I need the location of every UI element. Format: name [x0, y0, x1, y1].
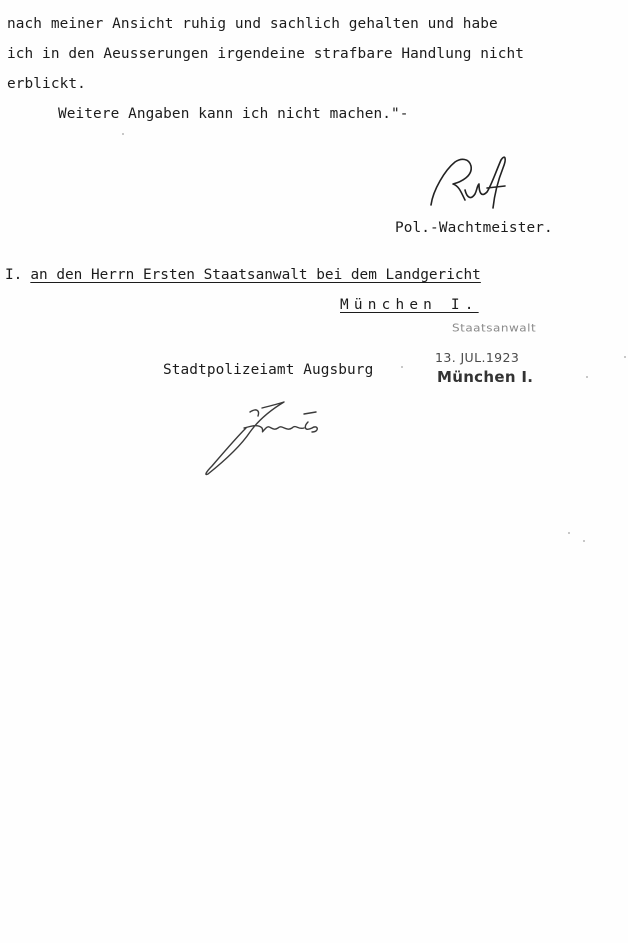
document-page: nach meiner Ansicht ruhig und sachlich g… [0, 0, 628, 943]
addressee-text: an den Herrn Ersten Staatsanwalt bei dem… [30, 267, 481, 283]
paper-speck [586, 376, 588, 378]
handwritten-signature-initials [200, 398, 370, 478]
body-line-2: ich in den Aeusserungen irgendeine straf… [7, 45, 524, 63]
paper-speck [401, 366, 403, 368]
paper-speck [122, 133, 124, 135]
stamp-organization: Staatsanwalt [452, 322, 536, 335]
addressee-line: I.an den Herrn Ersten Staatsanwalt bei d… [5, 266, 481, 284]
paper-speck [583, 540, 585, 542]
body-line-3: erblickt. [7, 75, 86, 93]
sender: Stadtpolizeiamt Augsburg [163, 361, 373, 379]
signature-title: Pol.-Wachtmeister. [395, 219, 553, 237]
paper-speck [568, 532, 570, 534]
body-line-4: Weitere Angaben kann ich nicht machen."- [58, 105, 409, 123]
stamp-date: 13. JUL.1923 [435, 350, 519, 365]
paper-speck [624, 356, 626, 358]
body-line-1: nach meiner Ansicht ruhig und sachlich g… [7, 15, 498, 33]
addressee-city: München I. [340, 296, 479, 314]
addressee-number: I. [5, 267, 22, 283]
handwritten-signature-ruf [425, 150, 525, 220]
stamp-city: München I. [437, 368, 533, 386]
